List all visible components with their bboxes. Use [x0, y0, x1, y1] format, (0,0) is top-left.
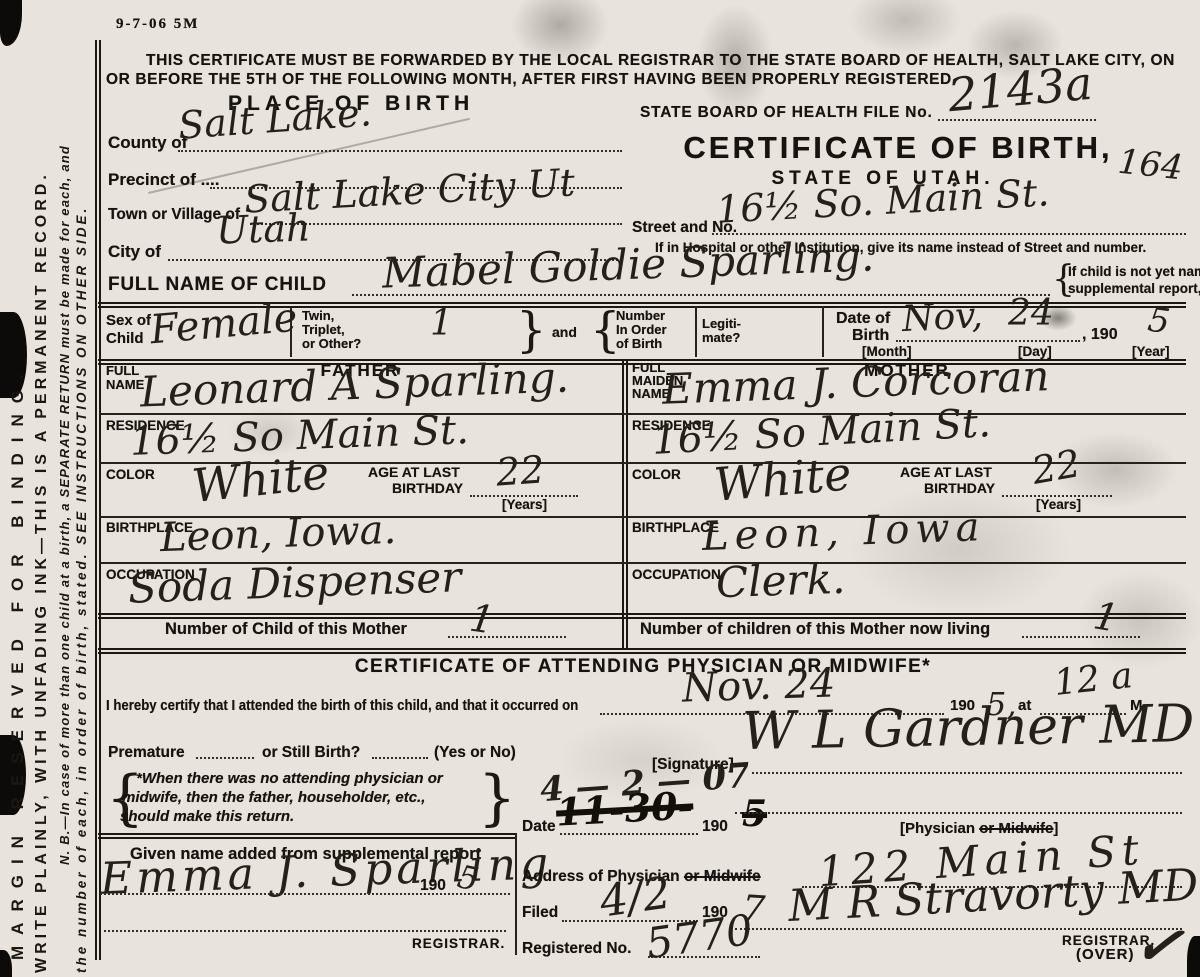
physician-bracket-left: [Physician	[900, 820, 979, 837]
certify-text: I hereby certify that I attended the bir…	[106, 697, 578, 714]
living-children-value: 1	[1091, 596, 1121, 638]
year-bracket: [Year]	[1132, 344, 1170, 359]
dob-year-digit: 5	[1146, 303, 1172, 340]
birth-certificate-document: 9-7-06 5M MARGIN RESERVED FOR BINDING. W…	[0, 0, 1200, 977]
no-physician-note-line2: midwife, then the father, householder, e…	[122, 789, 425, 806]
filed-label: Filed	[522, 904, 558, 922]
living-children-label: Number of children of this Mother now li…	[640, 620, 990, 639]
order-label-line3: of Birth	[616, 336, 662, 351]
forward-notice-line2: OR BEFORE THE 5TH OF THE FOLLOWING MONTH…	[106, 71, 957, 89]
physician-signature-value: W L Gardner MD	[742, 698, 1195, 758]
county-value: Salt Lake.	[177, 93, 373, 144]
mother-years-bracket: [Years]	[1036, 497, 1081, 512]
certificate-title: CERTIFICATE OF BIRTH,	[648, 130, 1148, 166]
father-age-label-line2: BIRTHDAY	[392, 480, 463, 496]
father-name-value: Leonard A Sparling.	[139, 357, 569, 414]
father-years-bracket: [Years]	[502, 497, 547, 512]
ink-blot-bottom-right	[1187, 936, 1200, 977]
premature-dotted-line	[196, 757, 254, 759]
margin-nb-note-line1: N. B.—In case of more than one child at …	[57, 105, 73, 865]
yes-no-label: (Yes or No)	[434, 744, 516, 762]
stillbirth-dotted-line	[372, 757, 428, 759]
rule-below-occupation	[98, 613, 1186, 619]
mother-name-value: Emma J. Corcoran	[661, 355, 1050, 410]
father-age-value: 22	[495, 450, 546, 491]
supplemental-year-printed: 190	[420, 877, 446, 895]
margin-nb-note-line2: the number of each, in order of birth, s…	[74, 168, 90, 973]
twin-label-line1: Twin,	[302, 308, 334, 323]
mother-age-label-line1: AGE AT LAST	[900, 464, 992, 480]
county-dotted-line	[178, 150, 622, 152]
dob-year-printed: , 190	[1082, 326, 1118, 344]
child-number-dotted-line	[448, 636, 566, 638]
rule-below-counts	[98, 648, 1186, 654]
physician-section-title: CERTIFICATE OF ATTENDING PHYSICIAN OR MI…	[100, 656, 1186, 678]
child-note-line1: If child is not yet named, make	[1068, 264, 1200, 279]
supplemental-box-top-rule	[98, 833, 515, 839]
file-no-label: STATE BOARD OF HEALTH FILE No.	[640, 104, 933, 122]
date-year-digit: 5	[742, 796, 767, 832]
dob-label-line1: Date of	[836, 310, 890, 328]
sex-row-divider-3	[822, 306, 824, 357]
mother-color-label: COLOR	[632, 467, 681, 482]
page-mark: 164	[1116, 145, 1184, 186]
father-occupation-value: Soda Dispenser	[127, 556, 462, 610]
county-label: County of	[108, 133, 187, 153]
sex-label-line2: Child	[106, 330, 144, 347]
legitimate-label-line2: mate?	[702, 330, 740, 345]
supplemental-registrar-label: REGISTRAR.	[412, 936, 505, 951]
father-name-label-line1: FULL	[106, 363, 139, 378]
check-mark: ✓	[1130, 913, 1186, 977]
father-age-label-line1: AGE AT LAST	[368, 464, 460, 480]
file-no-value: 2143a	[946, 60, 1094, 118]
print-code: 9-7-06 5M	[116, 16, 199, 33]
father-name-label-line2: NAME	[106, 377, 144, 392]
legitimate-label-line1: Legiti-	[702, 316, 741, 331]
physician-bracket-dotted-line	[735, 812, 1182, 814]
father-color-value: White	[190, 449, 331, 509]
mother-occupation-value: Clerk.	[715, 558, 846, 604]
over-label: (OVER)	[1076, 946, 1135, 963]
dob-dotted-line	[896, 340, 1080, 342]
city-label: City of	[108, 242, 161, 262]
signature-dotted-line	[752, 772, 1182, 774]
sex-value: Female	[149, 298, 299, 351]
child-note-line2: supplemental report, as directed	[1068, 281, 1200, 296]
child-number-value: 1	[467, 599, 496, 640]
living-children-dotted-line	[1022, 636, 1140, 638]
sex-label-line1: Sex of	[106, 312, 151, 329]
parent-column-divider	[622, 359, 628, 648]
dob-month-value: Nov,	[901, 298, 983, 338]
order-label-line2: In Order	[616, 322, 667, 337]
twin-value: 1	[430, 306, 453, 342]
date-label: Date	[522, 818, 556, 836]
dob-label-line2: Birth	[852, 327, 889, 345]
supplemental-dotted-line	[100, 893, 510, 895]
address-label-struck: or Midwife	[684, 868, 761, 885]
note-brace-right: }	[478, 768, 516, 828]
twin-label-line3: or Other?	[302, 336, 361, 351]
no-physician-note-line3: should make this return.	[120, 808, 294, 825]
mother-age-label-line2: BIRTHDAY	[924, 480, 995, 496]
order-label-line1: Number	[616, 308, 665, 323]
margin-binding-note: MARGIN RESERVED FOR BINDING.	[8, 293, 34, 960]
mother-birthplace-value: Leon, Iowa	[701, 507, 986, 557]
content-left-border	[95, 40, 101, 960]
father-color-label: COLOR	[106, 467, 155, 482]
date-year-printed: 190	[702, 818, 728, 836]
city-value: Utah	[215, 208, 311, 249]
ink-blot-top-left	[0, 0, 22, 46]
precinct-label: Precinct of ....	[108, 170, 219, 190]
dob-day-value: 24	[1008, 296, 1054, 332]
mother-occupation-label: OCCUPATION	[632, 567, 721, 582]
twin-label-line2: Triplet,	[302, 322, 345, 337]
father-birthplace-value: Leon, Iowa.	[159, 510, 396, 558]
mother-age-value: 22	[1029, 444, 1083, 490]
registrar-dotted-line	[735, 928, 1182, 930]
mother-color-value: White	[712, 450, 853, 508]
child-name-label: FULL NAME OF CHILD	[108, 274, 327, 296]
and-label: and	[552, 324, 577, 340]
sex-row-divider-2	[695, 306, 697, 357]
child-name-value: Mabel Goldie Sparling.	[381, 235, 874, 294]
margin-permanent-note: WRITE PLAINLY, WITH UNFADING INK—THIS IS…	[33, 95, 58, 973]
no-physician-note-line1: *When there was no attending physician o…	[136, 770, 443, 787]
premature-label: Premature	[108, 744, 185, 762]
supplemental-registrar-line	[104, 930, 506, 932]
stillbirth-label: or Still Birth?	[262, 744, 360, 762]
registered-no-label: Registered No.	[522, 940, 631, 958]
child-number-label: Number of Child of this Mother	[165, 620, 407, 639]
closing-brace: }	[516, 306, 547, 354]
date-scribble-value: 11-30-	[555, 786, 694, 831]
